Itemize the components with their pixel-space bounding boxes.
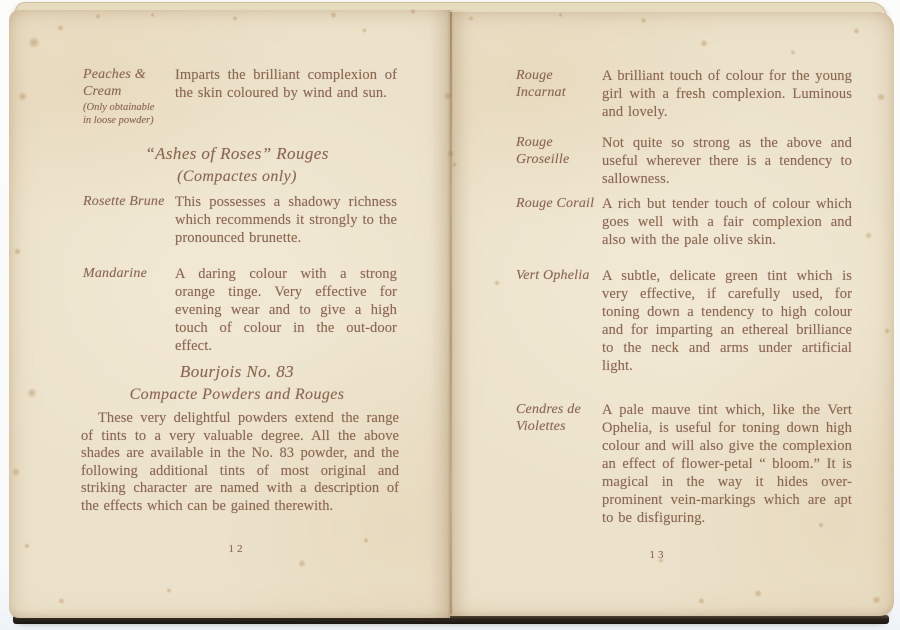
entry-mandarine: Mandarine A daring colour with a strong …	[83, 265, 397, 355]
shade-label: Cendres de Violettes	[516, 401, 602, 435]
scan-background: Peaches & Cream (Only obtainable in loos…	[0, 0, 900, 630]
shade-label-column: Peaches & Cream (Only obtainable in loos…	[83, 66, 175, 127]
shade-label-column: Rosette Brune	[83, 193, 175, 210]
shade-label-column: Mandarine	[83, 265, 175, 282]
entry-rouge-incarnat: Rouge Incarnat A brilliant touch of colo…	[516, 67, 852, 121]
shade-label: Peaches & Cream	[83, 66, 175, 100]
shade-description: A brilliant touch of colour for the youn…	[602, 67, 852, 121]
shade-description: A daring colour with a strong orange tin…	[175, 265, 397, 355]
shade-label-column: Rouge Groseille	[516, 134, 602, 168]
shade-description: Not quite so strong as the above and use…	[602, 134, 852, 188]
page-left: Peaches & Cream (Only obtainable in loos…	[9, 10, 450, 618]
heading-line-1: “Ashes of Roses” Rouges	[49, 143, 425, 164]
shade-description: A rich but tender touch of colour which …	[602, 195, 852, 249]
shade-label: Rouge Incarnat	[516, 67, 602, 101]
entry-vert-ophelia: Vert Ophelia A subtle, delicate green ti…	[516, 267, 852, 375]
heading-line-1: Bourjois No. 83	[49, 361, 425, 382]
page-right: Rouge Incarnat A brilliant touch of colo…	[450, 12, 894, 616]
shade-label-column: Vert Ophelia	[516, 267, 602, 284]
page-number-right: 13	[638, 549, 678, 561]
section-heading-ashes-of-roses: “Ashes of Roses” Rouges (Compactes only)	[49, 143, 425, 187]
shade-description: This possesses a shadowy richness which …	[175, 193, 397, 247]
shade-label-column: Cendres de Violettes	[516, 401, 602, 435]
page-number-left: 12	[217, 543, 257, 555]
shade-label: Rouge Corail	[516, 195, 602, 212]
shade-note: (Only obtainable in loose powder)	[83, 102, 175, 127]
entry-cendres-de-violettes: Cendres de Violettes A pale mauve tint w…	[516, 401, 852, 527]
heading-line-2: Compacte Powders and Rouges	[49, 385, 425, 405]
body-paragraph: These very delightful powders extend the…	[81, 410, 399, 515]
shade-label: Rouge Groseille	[516, 134, 602, 168]
booklet: Peaches & Cream (Only obtainable in loos…	[0, 0, 900, 630]
shade-label-column: Rouge Corail	[516, 195, 602, 212]
shade-description: A pale mauve tint which, like the Vert O…	[602, 401, 852, 527]
shade-label: Mandarine	[83, 265, 175, 282]
shade-label-column: Rouge Incarnat	[516, 67, 602, 101]
shade-description: Imparts the brilliant complexion of the …	[175, 66, 397, 102]
shade-description: A subtle, delicate green tint which is v…	[602, 267, 852, 375]
shade-label: Rosette Brune	[83, 193, 175, 210]
entry-peaches-cream: Peaches & Cream (Only obtainable in loos…	[83, 66, 397, 127]
entry-rosette-brune: Rosette Brune This possesses a shadowy r…	[83, 193, 397, 247]
shade-label: Vert Ophelia	[516, 267, 602, 284]
section-heading-bourjois-83: Bourjois No. 83 Compacte Powders and Rou…	[49, 361, 425, 405]
heading-line-2: (Compactes only)	[49, 167, 425, 187]
entry-rouge-groseille: Rouge Groseille Not quite so strong as t…	[516, 134, 852, 188]
entry-rouge-corail: Rouge Corail A rich but tender touch of …	[516, 195, 852, 249]
